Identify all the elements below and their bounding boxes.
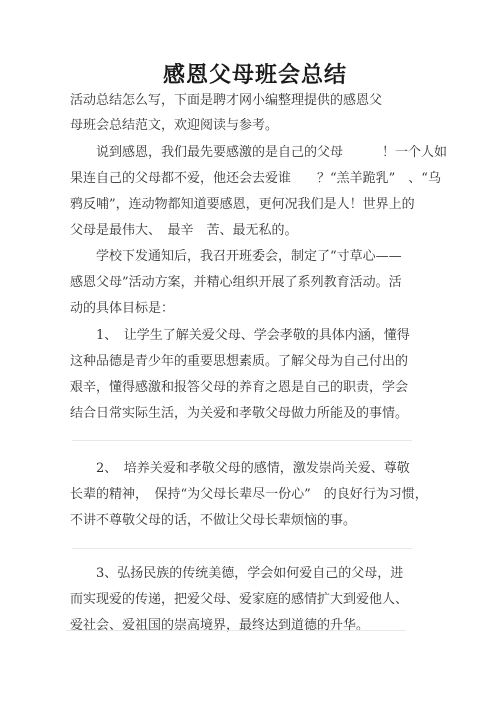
item1-line-1: 1、 让学生了解关爱父母、学会孝敬的具体内涵，懂得 (96, 328, 410, 344)
paragraph1-line-1: 说到感恩，我们最先要感激的是自己的父母 ！一个人如 (96, 145, 447, 161)
paragraph2-line-3: 动的具体目标是： (70, 301, 174, 317)
item3-line-2: 而实现爱的传递，把爱父母、爱家庭的感情扩大到爱他人、 (70, 592, 408, 608)
item2-line-1: 2、 培养关爱和孝敬父母的感情，激发崇尚关爱、尊敬 (96, 461, 410, 477)
paragraph2-line-1: 学校下发通知后，我召开班委会，制定了“寸草心—— (96, 249, 402, 265)
paragraph1-line-3: 鸦反哺”，连动物都知道要感恩，更何况我们是人！世界上的 (70, 197, 415, 213)
faint-rule (72, 548, 412, 549)
item2-line-3: 不讲不尊敬父母的话，不做让父母长辈烦恼的事。 (70, 513, 356, 529)
item1-line-2: 这种品德是青少年的重要思想素质。了解父母为自己付出的 (70, 354, 408, 370)
intro-line-1: 活动总结怎么写，下面是聘才网小编整理提供的感恩父 (70, 93, 382, 109)
document-page: 感恩父母班会总结 活动总结怎么写，下面是聘才网小编整理提供的感恩父 母班会总结范… (0, 0, 500, 708)
intro-line-2: 母班会总结范文，欢迎阅读与参考。 (70, 118, 278, 134)
item2-line-2: 长辈的精神， 保持“为父母长辈尽一份心” 的良好行为习惯， (70, 487, 428, 503)
item1-line-3: 艰辛，懂得感激和报答父母的养育之恩是自己的职责，学会 (70, 380, 408, 396)
item3-line-1: 3、弘扬民族的传统美德，学会如何爱自己的父母，进 (96, 566, 403, 582)
item1-line-4: 结合日常实际生活，为关爱和孝敬父母做力所能及的事情。 (70, 406, 408, 422)
faint-rule (72, 440, 412, 441)
paragraph2-line-2: 感恩父母”活动方案，并精心组织开展了系列教育活动。活 (70, 275, 402, 291)
paragraph1-line-4: 父母是最伟大、 最辛 苦、最无私的。 (70, 223, 298, 239)
faint-rule (66, 630, 406, 631)
paragraph1-line-2: 果连自己的父母都不爱，他还会去爱谁 ？“羔羊跪乳” 、“乌 (70, 171, 441, 187)
item3-line-3: 爱社会、爱祖国的崇高境界，最终达到道德的升华。 (70, 618, 369, 634)
document-title: 感恩父母班会总结 (0, 58, 500, 89)
